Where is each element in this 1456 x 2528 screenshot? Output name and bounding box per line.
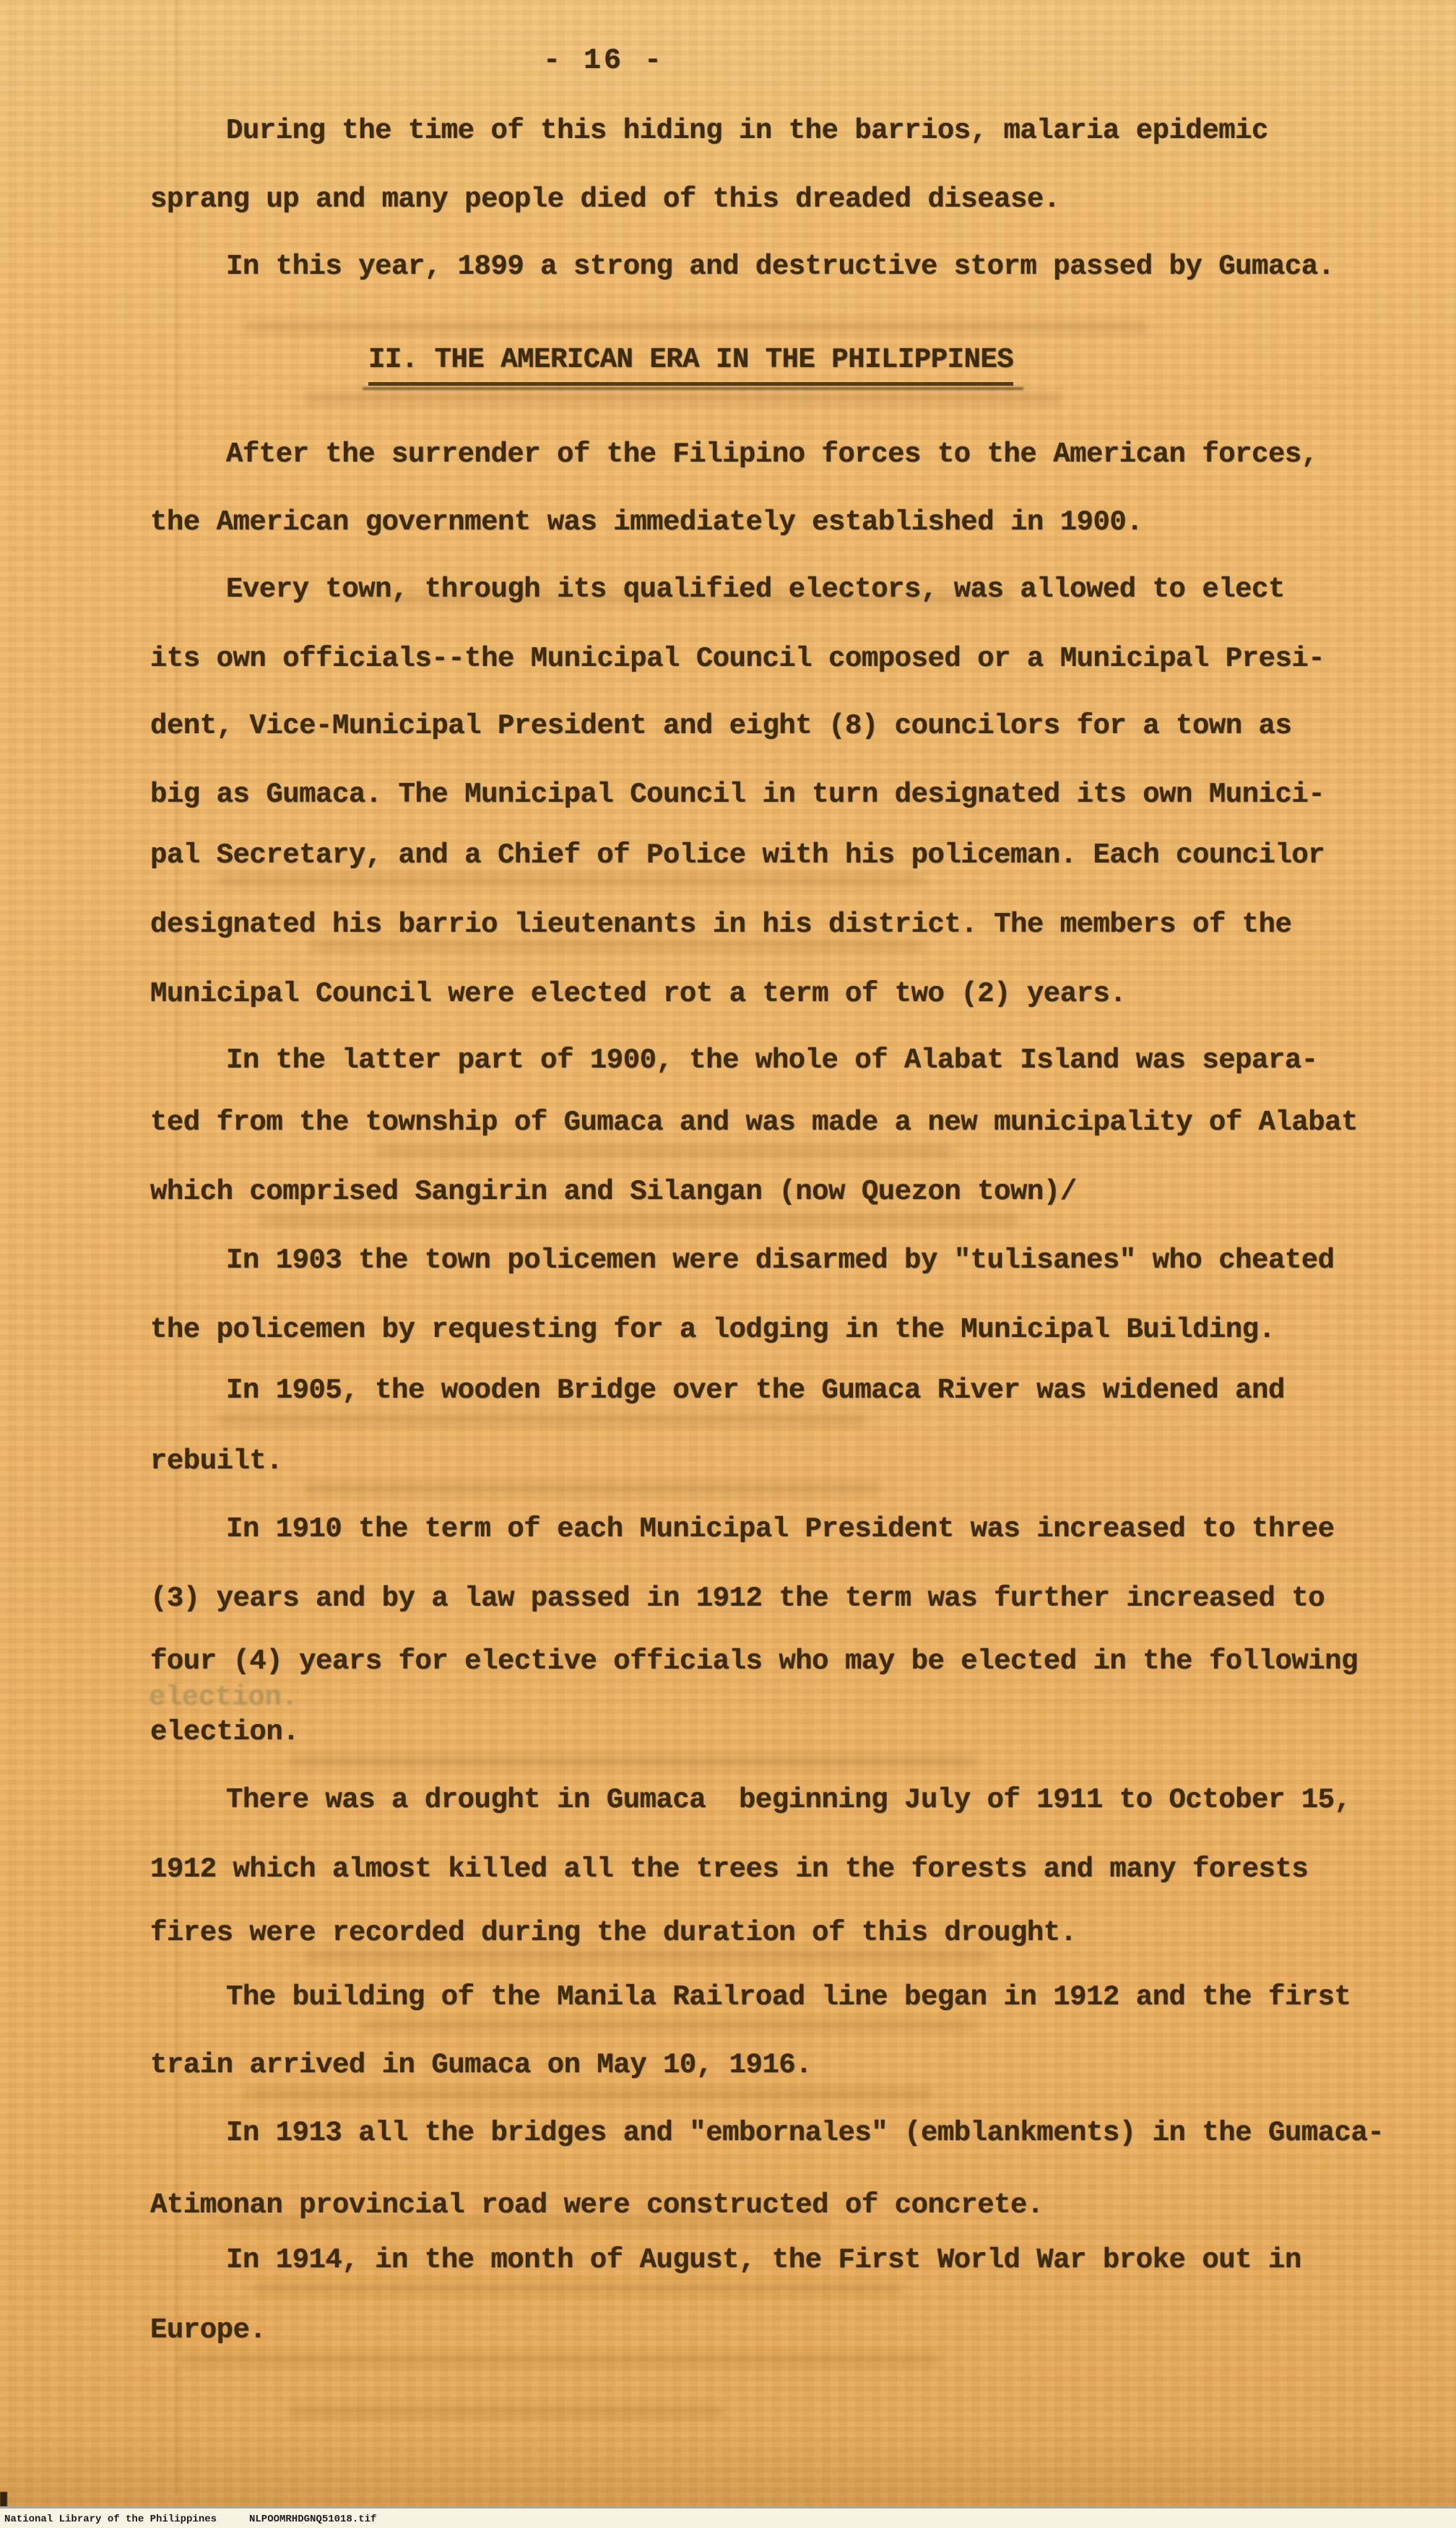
bleedthrough-streak — [181, 2353, 939, 2366]
text-line: dent, Vice-Municipal President and eight… — [150, 711, 1291, 742]
bleedthrough-streak — [361, 2019, 975, 2032]
bleedthrough-streak — [289, 1755, 975, 1768]
bleedthrough-streak — [217, 874, 924, 887]
text-line: four (4) years for elective officials wh… — [150, 1646, 1358, 1677]
text-line: train arrived in Gumaca on May 10, 1916. — [150, 2050, 812, 2081]
text-line: Municipal Council were elected rot a ter… — [150, 979, 1126, 1010]
text-line: In this year, 1899 a strong and destruct… — [226, 251, 1335, 282]
bleedthrough-streak — [246, 2087, 932, 2100]
text-line: 1912 which almost killed all the trees i… — [150, 1854, 1308, 1885]
text-line: pal Secretary, and a Chief of Police wit… — [150, 840, 1325, 871]
text-line: During the time of this hiding in the ba… — [226, 116, 1268, 147]
text-line: Every town, through its qualified electo… — [226, 574, 1285, 605]
text-line: In 1905, the wooden Bridge over the Guma… — [226, 1375, 1285, 1406]
text-line: In 1910 the term of each Municipal Presi… — [226, 1514, 1335, 1545]
bleedthrough-streak — [311, 939, 924, 952]
footer-library-label: National Library of the Philippines — [4, 2514, 217, 2525]
text-line: election. — [150, 1717, 299, 1748]
scanned-document-page: - 16 - During the time of this hiding in… — [0, 0, 1456, 2528]
text-line: After the surrender of the Filipino forc… — [226, 439, 1318, 470]
text-line: Atimonan provincial road were constructe… — [150, 2190, 1044, 2221]
bleedthrough-streak — [246, 321, 1148, 334]
bleedthrough-streak — [303, 392, 1062, 405]
page-edge-notch — [0, 2492, 7, 2508]
bleedthrough-streak — [253, 2282, 903, 2295]
text-line: rebuilt. — [150, 1446, 282, 1477]
text-line: Europe. — [150, 2315, 266, 2346]
text-line: The building of the Manila Railroad line… — [226, 1982, 1351, 2013]
page-number: - 16 - — [543, 45, 664, 77]
footer-shadow — [0, 2434, 1456, 2506]
text-line: big as Gumaca. The Municipal Council in … — [150, 779, 1325, 810]
bleedthrough-streak — [303, 1482, 881, 1495]
text-line: In the latter part of 1900, the whole of… — [226, 1045, 1318, 1076]
text-line: designated his barrio lieutenants in his… — [150, 909, 1291, 940]
bleedthrough-streak — [376, 1145, 953, 1158]
text-line: (3) years and by a law passed in 1912 th… — [150, 1583, 1325, 1614]
bleedthrough-streak — [217, 1414, 867, 1427]
text-line: In 1903 the town policemen were disarmed… — [226, 1245, 1335, 1276]
text-line: fires were recorded during the duration … — [150, 1918, 1077, 1949]
bleedthrough-streak — [289, 2405, 722, 2418]
text-line: There was a drought in Gumaca beginning … — [226, 1785, 1351, 1816]
ghost-word-faded-election: election. — [149, 1681, 298, 1713]
footer-filename: NLPOOMRHDGNQ51018.tif — [249, 2514, 376, 2525]
text-line: the American government was immediately … — [150, 507, 1143, 538]
bleedthrough-streak — [260, 1213, 1018, 1226]
text-line: the policemen by requesting for a lodgin… — [150, 1315, 1275, 1346]
text-line: ted from the township of Gumaca and was … — [150, 1107, 1358, 1138]
text-line: sprang up and many people died of this d… — [150, 184, 1060, 215]
viewer-footer: National Library of the Philippines NLPO… — [0, 2506, 1456, 2528]
text-line: which comprised Sangirin and Silangan (n… — [150, 1177, 1077, 1208]
section-heading: II. THE AMERICAN ERA IN THE PHILIPPINES — [368, 344, 1013, 386]
text-line: its own officials--the Municipal Council… — [150, 644, 1325, 675]
paper-crease — [175, 0, 178, 2493]
bleedthrough-streak — [303, 1950, 989, 1963]
text-line: In 1914, in the month of August, the Fir… — [226, 2245, 1301, 2276]
text-line: In 1913 all the bridges and "embornales"… — [226, 2118, 1384, 2149]
